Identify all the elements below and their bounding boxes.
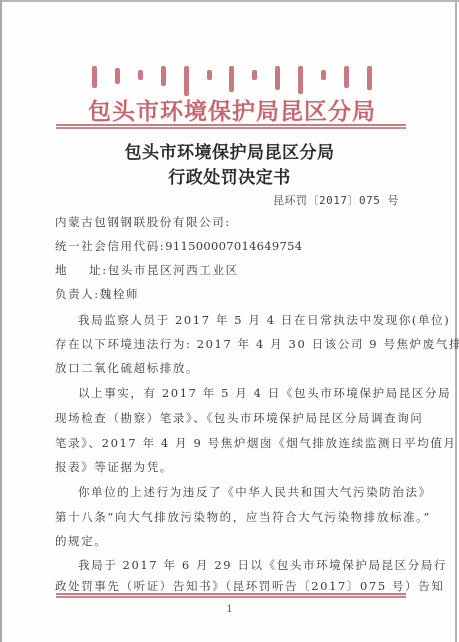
letterhead-double-rule — [56, 124, 406, 129]
body-line: 以上事实，有 2017 年 5 月 4 日《包头市环境保护局昆区分局 — [78, 385, 406, 401]
body-line: 我局于 2017 年 6 月 29 日以《包头市环境保护局昆区分局行 — [78, 557, 406, 573]
page-number: 1 — [0, 604, 459, 615]
letterhead-organization: 包头市环境保护局昆区分局 — [84, 100, 380, 124]
body-line: 存在以下环境违法行为: 2017 年 4 月 30 日该公司 9 号焦炉废气排 — [55, 336, 405, 352]
body-line: 的规定。 — [55, 533, 405, 549]
scan-border-top — [0, 0, 459, 2]
address-row: 地 址:包头市昆区河西工业区 — [55, 262, 405, 278]
credit-code-row: 统一社会信用代码:911500007014649754 — [55, 238, 405, 254]
footer-double-rule — [56, 593, 406, 598]
body-line: 笔录》、2017 年 4 月 9 号焦炉烟囱《烟气排放连续监测日平均值月 — [55, 435, 405, 451]
document-page: 包头市环境保护局昆区分局 包头市环境保护局昆区分局 行政处罚决定书 昆环罚〔20… — [0, 0, 459, 642]
body-line: 报表》等证据为凭。 — [55, 459, 405, 475]
document-number: 昆环罚〔2017〕075 号 — [273, 192, 399, 208]
person-in-charge-row: 负责人:魏栓师 — [55, 286, 405, 302]
recipient-name: 内蒙古包钢钢联股份有限公司: — [55, 214, 405, 230]
body-line: 政处罚事先（听证）告知书》（昆环罚听告〔2017〕075 号）告知 — [55, 578, 405, 594]
scan-border-right — [455, 0, 457, 642]
body-line: 我局监察人员于 2017 年 5 月 4 日在日常执法中发现你(单位) — [78, 312, 406, 328]
address-value: 包头市昆区河西工业区 — [108, 263, 239, 277]
person-label: 负责人: — [55, 287, 100, 301]
person-value: 魏栓师 — [100, 287, 139, 301]
credit-code-value: 911500007014649754 — [165, 239, 302, 253]
document-title: 行政处罚决定书 — [0, 163, 459, 188]
body-line: 第十八条“向大气排放污染物的，应当符合大气污染物排放标准。” — [55, 509, 405, 525]
credit-code-label: 统一社会信用代码: — [55, 239, 165, 253]
body-line: 现场检查（勘察）笔录》、《包头市环境保护局昆区分局调查询问 — [55, 410, 405, 426]
address-label: 地 址: — [55, 263, 108, 277]
mongolian-script-heading — [92, 66, 372, 96]
body-line: 你单位的上述行为违反了《中华人民共和国大气污染防治法》 — [78, 484, 406, 500]
body-line: 放口二氧化硫超标排放。 — [55, 360, 405, 376]
scan-border-left — [0, 0, 2, 642]
issuer-title: 包头市环境保护局昆区分局 — [0, 138, 459, 163]
